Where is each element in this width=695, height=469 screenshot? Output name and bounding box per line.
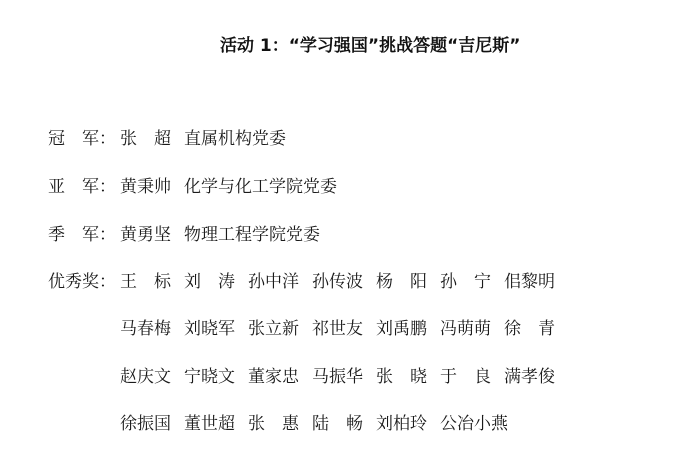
excellence-names-3: 赵庆文 宁晓文 董家忠 马振华 张 晓 于 良 满孝俊 [120,362,568,387]
runner-up-unit: 化学与化工学院党委 [184,172,337,197]
runner-up-label: 亚 军： [48,172,120,197]
awardee-name: 刘 涛 [184,267,248,292]
excellence-names-1: 王 标 刘 涛 孙中洋 孙传波 杨 阳 孙 宁 佀黎明 [120,267,568,292]
awardee-name: 孙传波 [312,267,376,292]
champion-unit: 直属机构党委 [184,124,286,149]
awardee-name: 徐 青 [504,314,568,339]
awardee-name: 公冶小燕 [440,409,520,434]
awardee-name: 刘禹鹏 [376,314,440,339]
excellence-label: 优秀奖： [48,267,120,292]
awardee-name: 冯萌萌 [440,314,504,339]
awardee-name: 马振华 [312,362,376,387]
awardee-name: 祁世友 [312,314,376,339]
excellence-names-2: 马春梅 刘晓军 张立新 祁世友 刘禹鹏 冯萌萌 徐 青 [120,314,568,339]
awardee-name: 佀黎明 [504,267,568,292]
champion-label: 冠 军： [48,124,120,149]
excellence-row-4: 徐振国 董世超 张 惠 陆 畅 刘柏玲 公冶小燕 [48,409,520,433]
third-place-name: 黄勇坚 [120,220,184,245]
excellence-row-2: 马春梅 刘晓军 张立新 祁世友 刘禹鹏 冯萌萌 徐 青 [48,314,568,338]
champion-row: 冠 军： 张 超 直属机构党委 [48,124,286,148]
champion-name: 张 超 [120,124,184,149]
awardee-name: 张立新 [248,314,312,339]
third-place-row: 季 军： 黄勇坚 物理工程学院党委 [48,220,320,244]
awardee-name: 王 标 [120,267,184,292]
excellence-row-3: 赵庆文 宁晓文 董家忠 马振华 张 晓 于 良 满孝俊 [48,362,568,386]
runner-up-row: 亚 军： 黄秉帅 化学与化工学院党委 [48,172,337,196]
awardee-name: 董世超 [184,409,248,434]
awardee-name: 杨 阳 [376,267,440,292]
third-place-unit: 物理工程学院党委 [184,220,320,245]
page-title: 活动 1：“学习强国”挑战答题“吉尼斯” [220,31,520,56]
runner-up-name: 黄秉帅 [120,172,184,197]
awardee-name: 宁晓文 [184,362,248,387]
awardee-name: 陆 畅 [312,409,376,434]
awardee-name: 刘柏玲 [376,409,440,434]
awardee-name: 董家忠 [248,362,312,387]
excellence-row-1: 优秀奖： 王 标 刘 涛 孙中洋 孙传波 杨 阳 孙 宁 佀黎明 [48,267,568,291]
excellence-names-4: 徐振国 董世超 张 惠 陆 畅 刘柏玲 公冶小燕 [120,409,520,434]
awardee-name: 刘晓军 [184,314,248,339]
third-place-label: 季 军： [48,220,120,245]
awardee-name: 孙中洋 [248,267,312,292]
awardee-name: 满孝俊 [504,362,568,387]
awardee-name: 马春梅 [120,314,184,339]
awardee-name: 徐振国 [120,409,184,434]
awardee-name: 孙 宁 [440,267,504,292]
awardee-name: 于 良 [440,362,504,387]
awardee-name: 张 惠 [248,409,312,434]
awardee-name: 赵庆文 [120,362,184,387]
awardee-name: 张 晓 [376,362,440,387]
